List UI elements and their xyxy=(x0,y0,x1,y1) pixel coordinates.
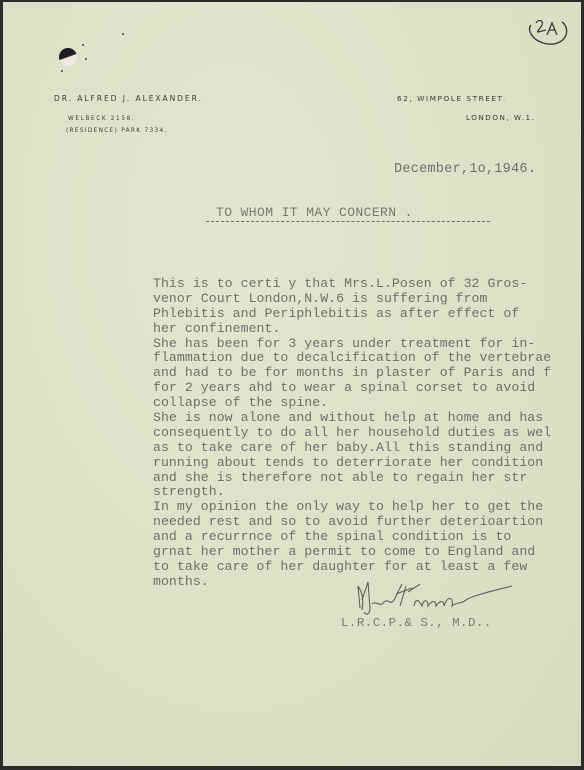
letter-body-line: Phlebitis and Periphlebitis as after eff… xyxy=(153,307,551,322)
letter-body-line: as to take care of her baby.All this sta… xyxy=(153,441,551,456)
letter-page: 2A Dr. Alfred J. Alexander. Welbeck 2158… xyxy=(3,2,581,766)
letterhead-residence-phone: (Residence) Park 7334. xyxy=(66,128,168,134)
letter-body-line: to take care of her daughter for at leas… xyxy=(153,560,551,575)
letterhead-phone: Welbeck 2158. xyxy=(68,116,135,122)
punch-hole-mark xyxy=(59,48,77,66)
letterhead-street-address: 62, Wimpole Street. xyxy=(397,94,507,103)
letter-body-line: consequently to do all her household dut… xyxy=(153,426,551,441)
letter-body-line: collapse of the spine. xyxy=(153,396,551,411)
letter-body-line: This is to certi y that Mrs.L.Posen of 3… xyxy=(153,277,551,292)
letter-body-line: grnat her mother a permit to come to Eng… xyxy=(153,545,551,560)
ink-speck xyxy=(122,33,124,35)
letter-body-line: for 2 years ahd to wear a spinal corset … xyxy=(153,381,551,396)
letter-body-line: venor Court London,N.W.6 is suffering fr… xyxy=(153,292,551,307)
letter-heading: TO WHOM IT MAY CONCERN . xyxy=(216,205,413,220)
letter-body-line: She has been for 3 years under treatment… xyxy=(153,337,551,352)
letter-body-line: She is now alone and without help at hom… xyxy=(153,411,551,426)
letter-body-line: her confinement. xyxy=(153,322,551,337)
letter-body-line: and had to be for months in plaster of P… xyxy=(153,366,551,381)
handwritten-signature xyxy=(348,578,528,618)
letter-body-line: running about tends to deterriorate her … xyxy=(153,456,551,471)
letter-body-line: needed rest and so to avoid further dete… xyxy=(153,515,551,530)
letter-date: December,1o,1946. xyxy=(394,162,536,177)
letterhead-doctor-name: Dr. Alfred J. Alexander. xyxy=(54,94,203,103)
letter-body-line: and a recurrnce of the spinal condition … xyxy=(153,530,551,545)
letter-body-line: and she is therefore not able to regain … xyxy=(153,471,551,486)
handwritten-reference-annotation: 2A xyxy=(527,15,571,47)
letter-body-line: flammation due to decalcification of the… xyxy=(153,351,551,366)
signature-credentials: L.R.C.P.& S., M.D.. xyxy=(341,616,492,630)
ink-speck xyxy=(82,44,84,46)
letter-body-line: strength. xyxy=(153,485,551,500)
heading-underline xyxy=(206,221,490,222)
ink-speck xyxy=(85,58,87,60)
letter-body: This is to certi y that Mrs.L.Posen of 3… xyxy=(153,277,551,590)
letterhead-city: London, W.1. xyxy=(466,113,535,122)
letter-body-line: In my opinion the only way to help her t… xyxy=(153,500,551,515)
ink-speck xyxy=(61,70,63,72)
